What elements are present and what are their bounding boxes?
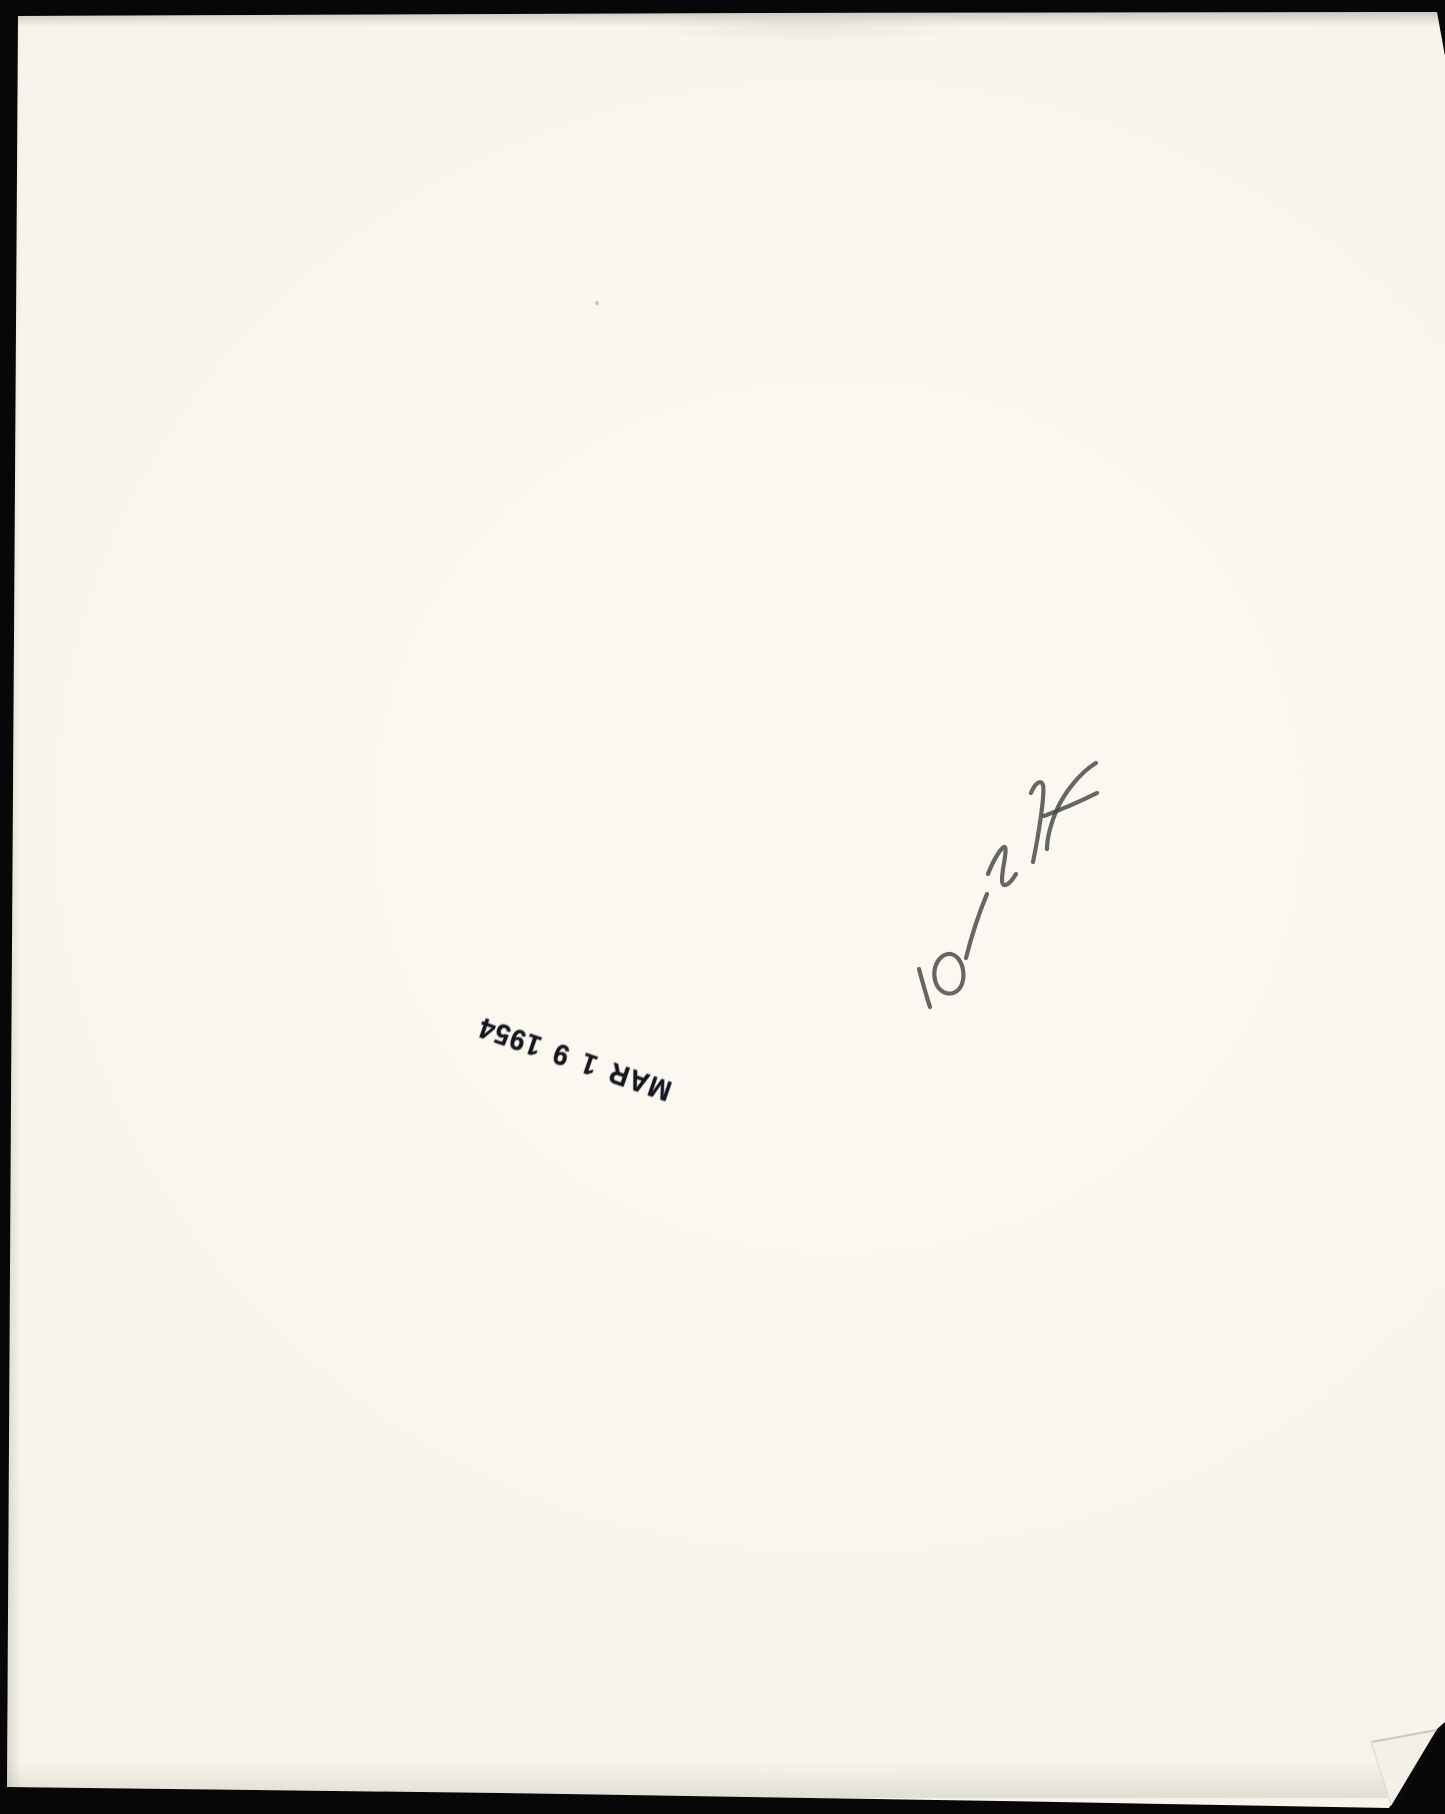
photo-back-scan: MAR 1 9 1954: [0, 0, 1445, 1814]
paper-smudge: [640, 14, 970, 44]
paper-bottom-edge-shadow: [0, 1762, 1445, 1798]
date-stamp-text: MAR 1 9 1954: [474, 1010, 676, 1106]
paper-left-edge-shadow: [6, 14, 21, 1800]
dust-speck: [595, 301, 599, 305]
date-stamp: MAR 1 9 1954: [474, 1009, 676, 1106]
paper-sheet: MAR 1 9 1954: [0, 0, 1445, 1814]
